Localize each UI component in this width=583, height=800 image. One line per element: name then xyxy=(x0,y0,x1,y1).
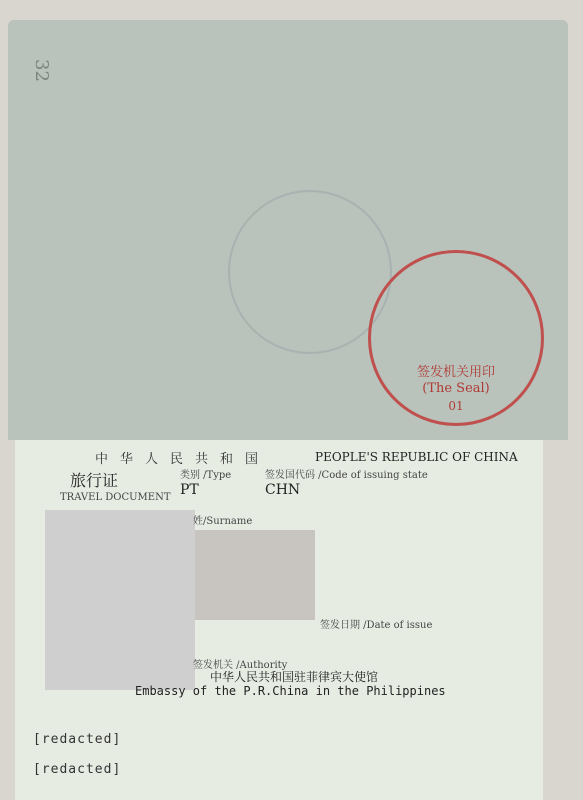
doc-title-en: TRAVEL DOCUMENT xyxy=(60,492,171,503)
mrz-line-2: [redacted] xyxy=(33,762,121,777)
page-number: 32 xyxy=(31,59,52,82)
seal-text-cn: 签发机关用印 xyxy=(371,361,541,380)
doc-title-cn: 旅行证 xyxy=(70,468,118,491)
type-value: PT xyxy=(180,482,199,498)
header-cn: 中华人民共和国 xyxy=(95,448,270,467)
personal-fields-redacted xyxy=(195,530,315,620)
upper-page: 32 签发机关用印 (The Seal) 01 xyxy=(8,20,568,440)
photo-redacted xyxy=(45,510,195,690)
seal-number: 01 xyxy=(371,399,541,413)
mrz-line-1: [redacted] xyxy=(33,732,121,747)
code-value: CHN xyxy=(265,482,300,498)
header-en: PEOPLE'S REPUBLIC OF CHINA xyxy=(315,450,518,464)
date-issue-label: 签发日期 /Date of issue xyxy=(320,616,432,631)
issuing-seal: 签发机关用印 (The Seal) 01 xyxy=(368,250,544,426)
surname-label: 姓/Surname xyxy=(193,512,252,527)
authority-cn: 中华人民共和国驻菲律宾大使馆 xyxy=(210,668,378,685)
code-label: 签发国代码 /Code of issuing state xyxy=(265,466,428,481)
type-label: 类别 /Type xyxy=(180,466,231,481)
seal-text-en: (The Seal) xyxy=(371,381,541,396)
authority-en: Embassy of the P.R.China in the Philippi… xyxy=(135,684,446,698)
data-page: 中华人民共和国 PEOPLE'S REPUBLIC OF CHINA 旅行证 T… xyxy=(15,440,543,800)
